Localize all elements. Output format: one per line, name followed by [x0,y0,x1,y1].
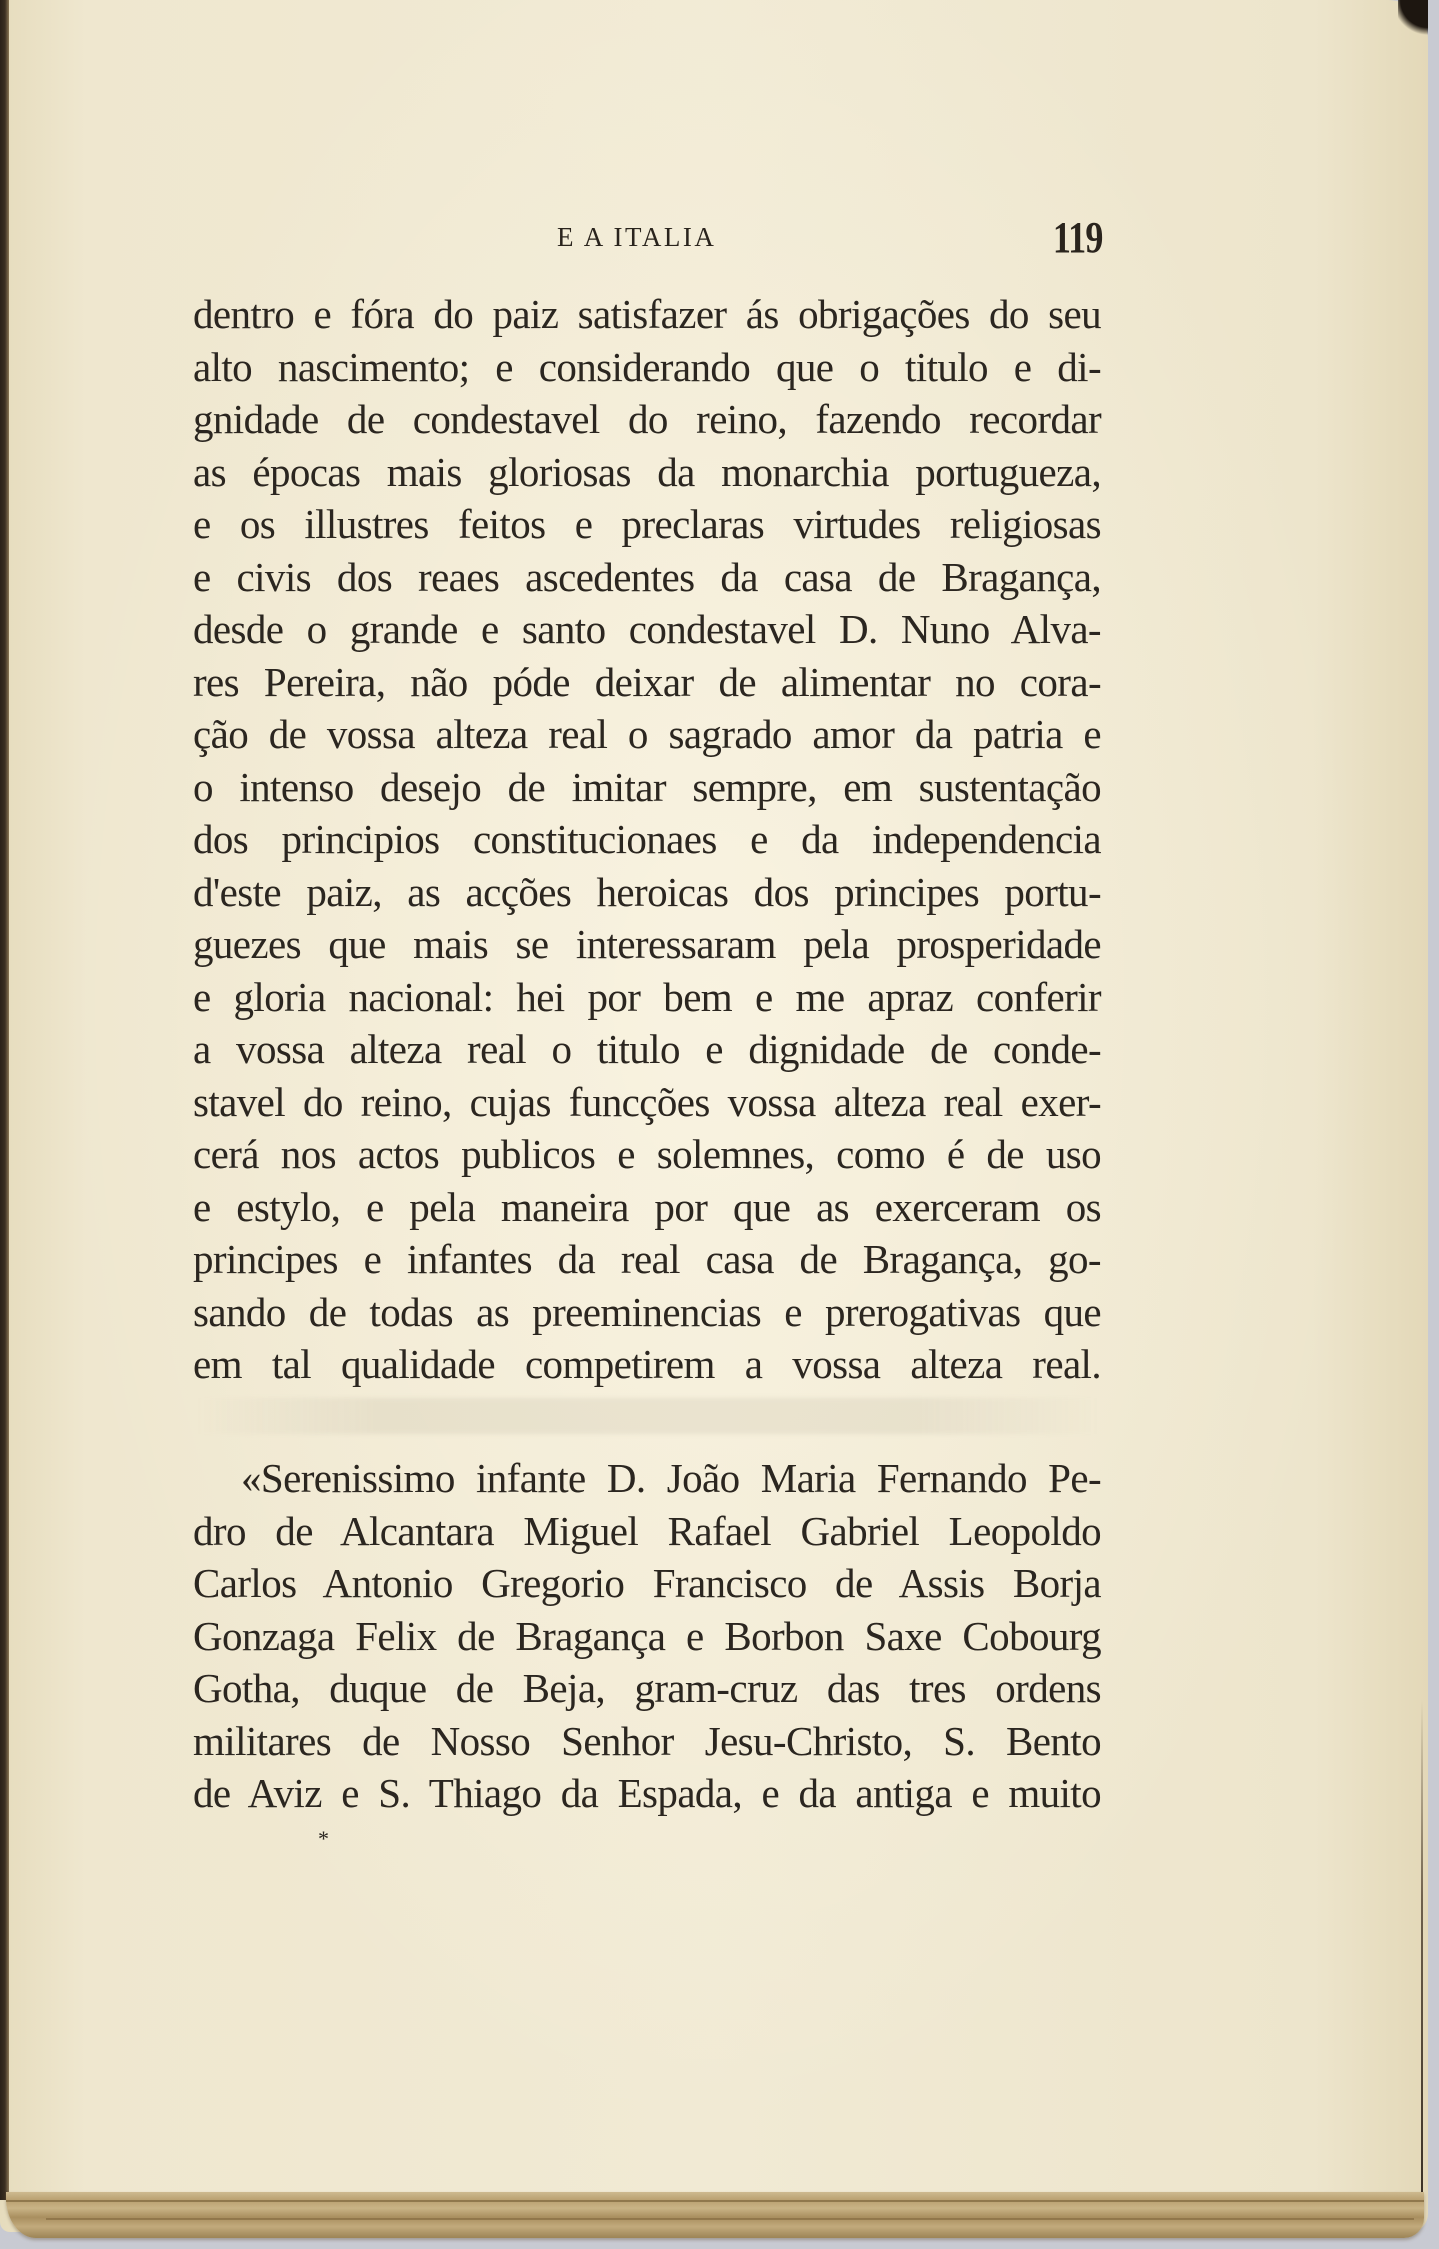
text-line: d'este paiz, as acções heroicas dos prin… [193,866,1101,919]
paragraph-infante-address: «Serenissimo infante D. João Maria Ferna… [193,1452,1101,1820]
paragraph-decree-conclusion: dentro e fóra do paiz satisfazer ás obri… [193,288,1101,1391]
text-line: cerá nos actos publicos e solemnes, como… [193,1128,1101,1181]
text-line: Gotha, duque de Beja, gram-cruz das tres… [193,1662,1101,1715]
text-line: sando de todas as preeminencias e prerog… [193,1286,1101,1339]
text-line: em tal qualidade competirem a vossa alte… [193,1338,1101,1391]
text-line: militares de Nosso Senhor Jesu-Christo, … [193,1715,1101,1768]
text-line: e estylo, e pela maneira por que as exer… [193,1181,1101,1234]
text-line: alto nascimento; e considerando que o ti… [193,341,1101,394]
text-line: o intenso desejo de imitar sempre, em su… [193,761,1101,814]
page-corner-shadow [1398,0,1428,40]
text-line: e os illustres feitos e preclaras virtud… [193,498,1101,551]
text-line: dro de Alcantara Miguel Rafael Gabriel L… [193,1505,1101,1558]
text-line: principes e infantes da real casa de Bra… [193,1233,1101,1286]
text-line-indented: «Serenissimo infante D. João Maria Ferna… [193,1452,1101,1505]
page-number: 119 [1053,212,1103,263]
text-line: as épocas mais gloriosas da monarchia po… [193,446,1101,499]
text-line: e gloria nacional: hei por bem e me apra… [193,971,1101,1024]
text-line: Carlos Antonio Gregorio Francisco de Ass… [193,1557,1101,1610]
text-line: stavel do reino, cujas funcções vossa al… [193,1076,1101,1129]
page-spine-edge [0,0,9,2200]
book-page: E A ITALIA 119 dentro e fóra do paiz sat… [0,0,1428,2232]
signature-mark-asterisk: * [318,1826,329,1852]
text-line: Gonzaga Felix de Bragança e Borbon Saxe … [193,1610,1101,1663]
bleed-through-shadow [195,1398,1100,1434]
running-head: E A ITALIA 119 [193,212,1103,256]
text-line: res Pereira, não póde deixar de alimenta… [193,656,1101,709]
page-right-edge [1421,1700,1423,2200]
text-line: gnidade de condestavel do reino, fazendo… [193,393,1101,446]
text-line: e civis dos reaes ascedentes da casa de … [193,551,1101,604]
text-line: desde o grande e santo condestavel D. Nu… [193,603,1101,656]
running-title: E A ITALIA [557,222,716,253]
page-bottom-frayed-edge [6,2192,1424,2238]
text-line: de Aviz e S. Thiago da Espada, e da anti… [193,1767,1101,1820]
text-line: dos principios constitucionaes e da inde… [193,813,1101,866]
text-line: dentro e fóra do paiz satisfazer ás obri… [193,288,1101,341]
text-line: a vossa alteza real o titulo e dignidade… [193,1023,1101,1076]
text-line: guezes que mais se interessaram pela pro… [193,918,1101,971]
text-line: ção de vossa alteza real o sagrado amor … [193,708,1101,761]
